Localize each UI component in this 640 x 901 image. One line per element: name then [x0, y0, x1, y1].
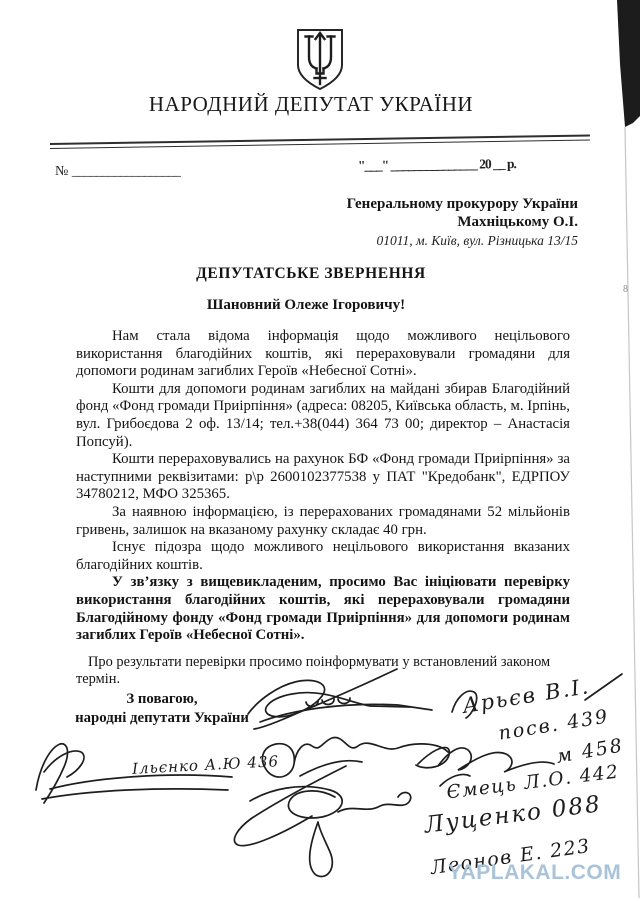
paragraph-2: Кошти для допомоги родинам загиблих на м… [76, 381, 570, 451]
letterhead-rule [50, 135, 590, 149]
scan-edge-digit: 8 [623, 284, 628, 295]
number-blank-line: __________________ [72, 164, 180, 179]
paragraph-6-request: У зв’язку з вищевикладеним, просимо Вас … [76, 574, 570, 644]
salutation: Шановний Олеже Ігоровичу! [0, 297, 612, 314]
addressee-title: Генеральному прокурору України [290, 195, 578, 213]
addressee-block: Генеральному прокурору України Махніцько… [290, 195, 578, 250]
document-type-heading: ДЕПУТАТСЬКЕ ЗВЕРНЕННЯ [0, 265, 622, 283]
addressee-name: Махніцькому О.І. [290, 213, 578, 231]
closing-regards: З повагою, [60, 690, 264, 709]
watermark-text: YAPLAKAL.COM [448, 861, 621, 885]
number-label: № [55, 164, 68, 179]
paragraph-7-deadline: Про результати перевірки просимо поінфор… [76, 654, 570, 689]
closing-block: З повагою, народні депутати України [60, 690, 264, 728]
paragraph-1: Нам стала відома інформація щодо можливо… [76, 328, 570, 381]
letterhead-title: НАРОДНИЙ ДЕПУТАТ УКРАЇНИ [0, 92, 622, 117]
paragraph-5: Існує підозра щодо можливого нецільового… [76, 539, 570, 574]
paragraph-4: За наявною інформацією, із перерахованих… [76, 504, 570, 539]
reference-number-line: № __________________ [55, 164, 180, 180]
paragraph-3: Кошти перераховувались на рахунок БФ «Фо… [76, 451, 570, 504]
signature-name-ilyenko: Ільєнко А.Ю 436 [132, 752, 280, 778]
letter-body: Нам стала відома інформація щодо можливо… [76, 328, 570, 689]
closing-signers: народні депутати України [60, 709, 264, 728]
addressee-address: 01011, м. Київ, вул. Різницька 13/15 [290, 232, 578, 250]
ukraine-trident-emblem-icon [287, 27, 353, 93]
date-line: "___" _______________ 20 __ р. [358, 156, 516, 174]
scanned-letter-page: НАРОДНИЙ ДЕПУТАТ УКРАЇНИ № _____________… [0, 0, 640, 901]
